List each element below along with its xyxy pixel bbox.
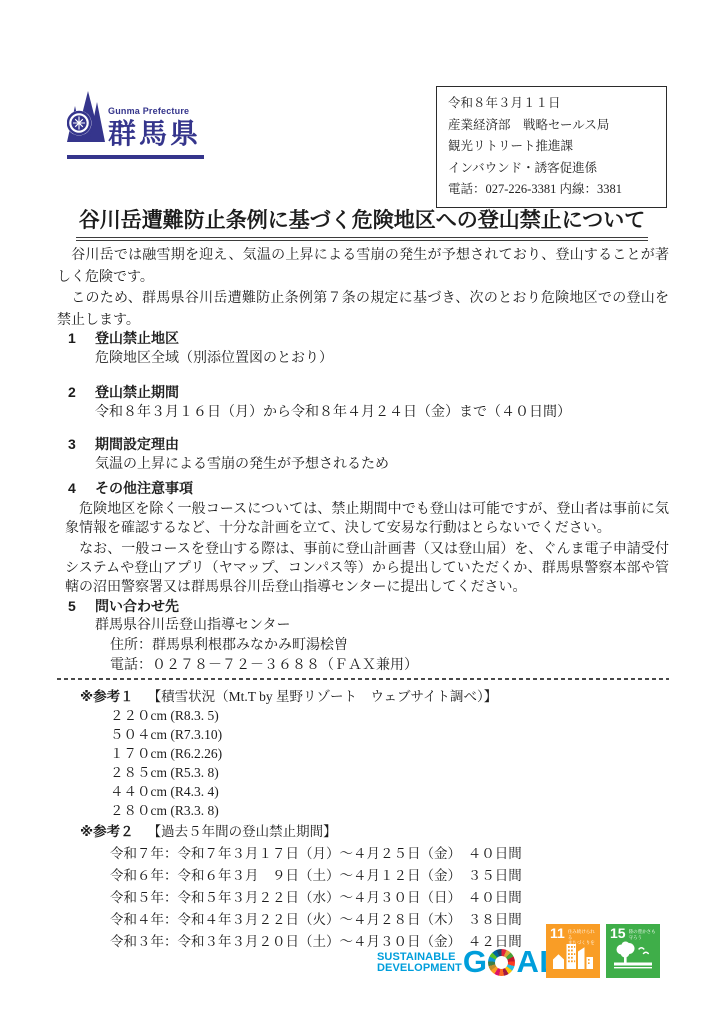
section-heading: 1登山禁止地区 (57, 328, 669, 348)
intro-paragraph: このため、群馬県谷川岳遭難防止条例第７条の規定に基づき、次のとおり危険地区での登… (57, 288, 669, 331)
sdg-wordmark-text: SUSTAINABLE DEVELOPMENT (377, 952, 462, 977)
section-heading: 3期間設定理由 (57, 434, 669, 454)
past-period-item: 令和７年：令和７年３月１７日（月）～４月２５日（金） ４０日間 (110, 843, 669, 865)
logo-english-label: Gunma Prefecture (108, 106, 189, 116)
section-contact: 5問い合わせ先 群馬県谷川岳登山指導センター 住所：群馬県利根郡みなかみ町湯桧曽… (57, 596, 669, 676)
department-line: 産業経済部 戦略セールス局 (448, 115, 658, 137)
section-heading: 5問い合わせ先 (57, 596, 669, 616)
logo-japanese-label: 群馬県 (108, 119, 201, 149)
section-prohibited-area: 1登山禁止地区 危険地区全域（別添位置図のとおり） (57, 328, 669, 369)
contact-phone: 電話：０２７８－７２－３６８８（ＦＡＸ兼用） (110, 656, 669, 676)
intro-paragraphs: 谷川岳では融雪期を迎え、気温の上昇による雪崩の発生が予想されており、登山すること… (57, 245, 669, 331)
gunma-prefecture-logo: Gunma Prefecture 群馬県 (67, 90, 207, 159)
tree-and-land-icon (612, 941, 654, 974)
reference-heading: ※参考１【積雪状況（Mt.T by 星野リゾート ウェブサイト調べ）】 (80, 687, 669, 706)
city-buildings-icon (552, 943, 594, 974)
document-page: Gunma Prefecture 群馬県 令和８年３月１１日 産業経済部 戦略セ… (0, 0, 724, 1024)
logo-underline (67, 155, 204, 159)
section-period-reason: 3期間設定理由 気温の上昇による雪崩の発生が予想されるため (57, 434, 669, 475)
sdg-goal-11-icon: 11 住み続けられる まちづくりを (546, 924, 600, 978)
unit-line: インバウンド・誘客促進係 (448, 158, 658, 180)
section-body-line: 令和８年３月１６日（月）から令和８年４月２４日（金）まで（４０日間） (95, 402, 669, 423)
contact-address: 住所：群馬県利根郡みなかみ町湯桧曽 (110, 636, 669, 656)
section-prohibition-period: 2登山禁止期間 令和８年３月１６日（月）から令和８年４月２４日（金）まで（４０日… (57, 382, 669, 423)
intro-paragraph: 谷川岳では融雪期を迎え、気温の上昇による雪崩の発生が予想されており、登山すること… (57, 245, 669, 288)
snow-depth-item: ２２０cm (R8.3. 5) (110, 706, 669, 725)
contact-name: 群馬県谷川岳登山指導センター (95, 616, 669, 636)
page-title: 谷川岳遭難防止条例に基づく危険地区への登山禁止について (57, 204, 667, 238)
sdg-goal-15-icon: 15 陸の豊かさも 守ろう (606, 924, 660, 978)
section-heading: 2登山禁止期間 (57, 382, 669, 402)
document-date: 令和８年３月１１日 (448, 93, 658, 115)
snow-depth-item: ２８５cm (R5.3. 8) (110, 763, 669, 782)
section-other-notes: 4その他注意事項 危険地区を除く一般コースについては、禁止期間中でも登山は可能で… (57, 478, 669, 597)
past-period-item: 令和６年：令和６年３月 ９日（土）～４月１２日（金） ３５日間 (110, 865, 669, 887)
gunma-emblem-icon (67, 90, 105, 153)
snow-depth-item: ２８０cm (R3.3. 8) (110, 801, 669, 820)
sdg-color-wheel-icon (488, 949, 515, 976)
snow-depth-item: ５０４cm (R7.3.10) (110, 725, 669, 744)
sender-info-box: 令和８年３月１１日 産業経済部 戦略セールス局 観光リトリート推進課 インバウン… (436, 86, 667, 208)
section-heading: 4その他注意事項 (57, 478, 669, 498)
phone-line: 電話：027-226-3381 内線：3381 (448, 179, 658, 201)
reference-heading: ※参考２【過去５年間の登山禁止期間】 (80, 822, 669, 841)
section-body-line: 危険地区全域（別添位置図のとおり） (95, 348, 669, 369)
snow-depth-item: １７０cm (R6.2.26) (110, 744, 669, 763)
past-period-item: 令和５年：令和５年３月２２日（水）～４月３０日（日） ４０日間 (110, 887, 669, 909)
section-body-line: 気温の上昇による雪崩の発生が予想されるため (95, 454, 669, 475)
section-body-paragraph: なお、一般コースを登山する際は、事前に登山計画書（又は登山届）を、ぐんま電子申請… (65, 540, 669, 597)
division-line: 観光リトリート推進課 (448, 136, 658, 158)
snow-depth-item: ４４０cm (R4.3. 4) (110, 782, 669, 801)
dashed-divider (57, 678, 669, 680)
section-body-paragraph: 危険地区を除く一般コースについては、禁止期間中でも登山は可能ですが、登山者は事前… (65, 500, 669, 538)
reference-snow-depth: ※参考１【積雪状況（Mt.T by 星野リゾート ウェブサイト調べ）】 ２２０c… (57, 687, 669, 820)
